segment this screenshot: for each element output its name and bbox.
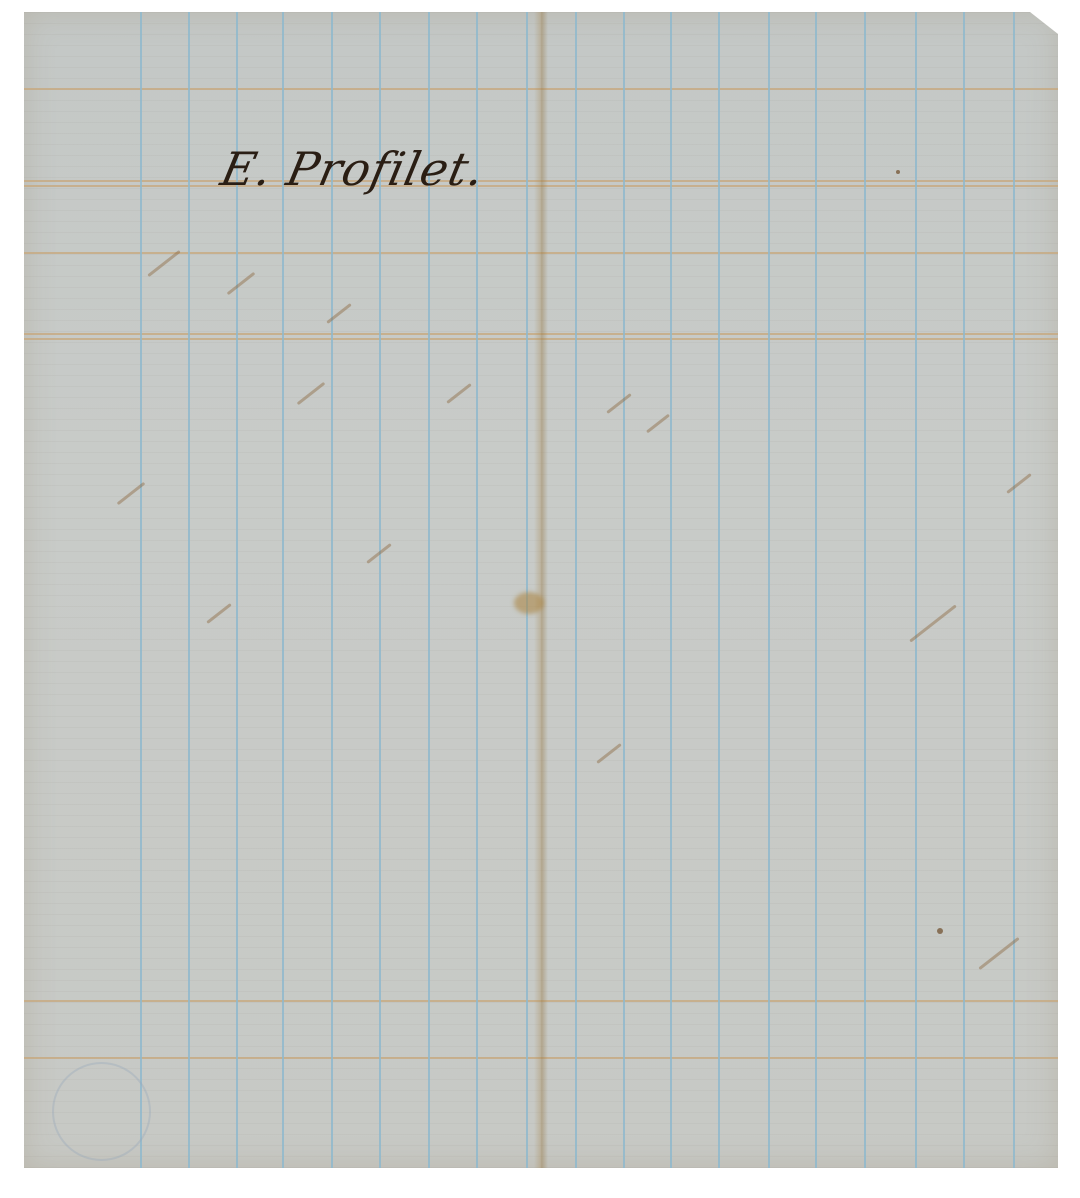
bleed-through-stroke xyxy=(606,393,631,414)
handwritten-title: E. Profilet. xyxy=(216,142,490,196)
bleed-through-stroke xyxy=(596,743,621,764)
ledger-paper-sheet: E. Profilet. xyxy=(24,12,1058,1168)
vertical-rule xyxy=(915,12,917,1168)
bleed-through-stroke xyxy=(1006,473,1031,494)
vertical-rule xyxy=(963,12,965,1168)
fold-stain xyxy=(514,592,544,614)
vertical-rule xyxy=(575,12,577,1168)
bleed-through-stroke xyxy=(206,603,231,624)
ink-dot xyxy=(896,170,900,174)
bleed-through-stroke xyxy=(227,272,256,295)
vertical-rule xyxy=(864,12,866,1168)
bleed-through-stroke xyxy=(446,383,471,404)
vertical-rule xyxy=(670,12,672,1168)
vertical-rule xyxy=(623,12,625,1168)
ink-dot xyxy=(937,928,943,934)
vertical-rule xyxy=(140,12,142,1168)
bleed-through-stroke xyxy=(297,382,326,405)
embossed-stamp xyxy=(52,1062,151,1161)
vertical-rule xyxy=(526,12,528,1168)
vertical-rule xyxy=(768,12,770,1168)
vertical-rule xyxy=(188,12,190,1168)
vertical-rule xyxy=(718,12,720,1168)
center-fold-crease xyxy=(534,12,548,1168)
bleed-through-stroke xyxy=(646,414,670,434)
vertical-rule xyxy=(1013,12,1015,1168)
bleed-through-stroke xyxy=(147,250,180,277)
vertical-rule xyxy=(815,12,817,1168)
